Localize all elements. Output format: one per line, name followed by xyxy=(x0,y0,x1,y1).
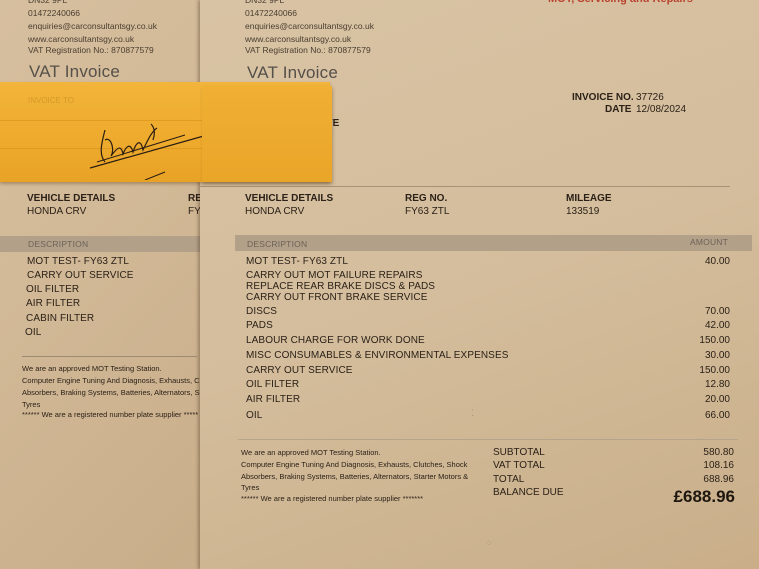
invoice-title: VAT Invoice xyxy=(247,63,338,83)
paper-mark: ⁚ xyxy=(471,408,474,419)
company-email: enquiries@carconsultantsgy.co.uk xyxy=(245,20,374,33)
line-item-amount: 40.00 xyxy=(660,256,730,267)
line-item-amount: 20.00 xyxy=(660,394,730,405)
company-phone: 01472240066 xyxy=(28,7,80,20)
line-item-description: OIL xyxy=(246,410,262,421)
line-item-description: AIR FILTER xyxy=(246,394,300,405)
divider xyxy=(22,356,197,357)
footer-line: Computer Engine Tuning And Diagnosis, Ex… xyxy=(241,459,467,471)
invoice-title: VAT Invoice xyxy=(29,62,120,82)
line-item-amount: 70.00 xyxy=(660,306,730,317)
paper-mark: ⁘ xyxy=(485,538,493,549)
description-header: DESCRIPTION xyxy=(28,239,88,249)
line-item: AIR FILTER xyxy=(26,298,80,309)
line-item: OIL FILTER xyxy=(26,284,79,295)
line-item-amount: 12.80 xyxy=(660,379,730,390)
company-phone: 01472240066 xyxy=(245,7,297,20)
vat-registration: VAT Registration No.: 870877579 xyxy=(245,44,371,57)
vehicle-details-label: VEHICLE DETAILS xyxy=(245,193,333,204)
line-item-description: REPLACE REAR BRAKE DISCS & PADS xyxy=(246,281,435,292)
reg-no-value: FY63 ZTL xyxy=(405,206,449,217)
vehicle-details-value: HONDA CRV xyxy=(245,206,304,217)
vat-total-value: 108.16 xyxy=(654,460,734,471)
line-item-description: MISC CONSUMABLES & ENVIRONMENTAL EXPENSE… xyxy=(246,350,509,361)
divider xyxy=(238,439,738,440)
company-postcode: DN32 9PL xyxy=(28,0,67,7)
divider xyxy=(200,186,730,187)
balance-due-label: BALANCE DUE xyxy=(493,487,564,498)
line-item-description: LABOUR CHARGE FOR WORK DONE xyxy=(246,335,425,346)
line-item-amount: 150.00 xyxy=(660,365,730,376)
subtotal-label: SUBTOTAL xyxy=(493,447,545,458)
line-item-amount: 150.00 xyxy=(660,335,730,346)
line-item: MOT TEST- FY63 ZTL xyxy=(27,256,129,267)
company-postcode: DN32 9PL xyxy=(245,0,284,7)
line-item-description: MOT TEST- FY63 ZTL xyxy=(246,256,348,267)
vehicle-details-value: HONDA CRV xyxy=(27,206,86,217)
line-item-amount: 30.00 xyxy=(660,350,730,361)
subtotal-value: 580.80 xyxy=(654,447,734,458)
line-item-description: OIL FILTER xyxy=(246,379,299,390)
invoice-no-label: INVOICE NO. xyxy=(572,92,634,103)
balance-due-value: £688.96 xyxy=(615,487,735,507)
line-item-description: CARRY OUT MOT FAILURE REPAIRS xyxy=(246,270,422,281)
mileage-label: MILEAGE xyxy=(566,193,612,204)
company-tagline: MOT, Servicing and Repairs xyxy=(548,0,693,5)
footer-line: Absorbers, Braking Systems, Batteries, A… xyxy=(22,387,200,399)
line-item-description: CARRY OUT FRONT BRAKE SERVICE xyxy=(246,292,427,303)
total-label: TOTAL xyxy=(493,474,524,485)
company-email: enquiries@carconsultantsgy.co.uk xyxy=(28,20,157,33)
footer-line: Absorbers, Braking Systems, Batteries, A… xyxy=(241,471,468,483)
line-item-description: PADS xyxy=(246,320,273,331)
line-item-description: CARRY OUT SERVICE xyxy=(246,365,353,376)
vehicle-details-label: VEHICLE DETAILS xyxy=(27,193,115,204)
line-item: CABIN FILTER xyxy=(26,313,94,324)
description-header: DESCRIPTION xyxy=(247,239,307,249)
footer-line: We are an approved MOT Testing Station. xyxy=(241,447,381,459)
footer-line: ****** We are a registered number plate … xyxy=(22,409,198,421)
line-item-amount: 42.00 xyxy=(660,320,730,331)
sticky-note-edge xyxy=(202,86,332,182)
invoice-date: 12/08/2024 xyxy=(636,104,686,115)
amount-header: AMOUNT xyxy=(690,237,728,247)
footer-line: We are an approved MOT Testing Station. xyxy=(22,363,162,375)
invoice-no: 37726 xyxy=(636,92,664,103)
table-header-band xyxy=(235,235,752,251)
vat-registration: VAT Registration No.: 870877579 xyxy=(28,44,154,57)
date-label: DATE xyxy=(605,104,631,115)
line-item-amount: 66.00 xyxy=(660,410,730,421)
footer-line: Computer Engine Tuning And Diagnosis, Ex… xyxy=(22,375,200,387)
vat-total-label: VAT TOTAL xyxy=(493,460,545,471)
invoice-to-label-faded: INVOICE TO xyxy=(28,96,74,105)
line-item: OIL xyxy=(25,327,41,338)
mileage-value: 133519 xyxy=(566,206,599,217)
line-item: CARRY OUT SERVICE xyxy=(27,270,134,281)
reg-no-label: REG NO. xyxy=(405,193,447,204)
total-value: 688.96 xyxy=(654,474,734,485)
footer-line: ****** We are a registered number plate … xyxy=(241,493,423,505)
line-item-description: DISCS xyxy=(246,306,277,317)
